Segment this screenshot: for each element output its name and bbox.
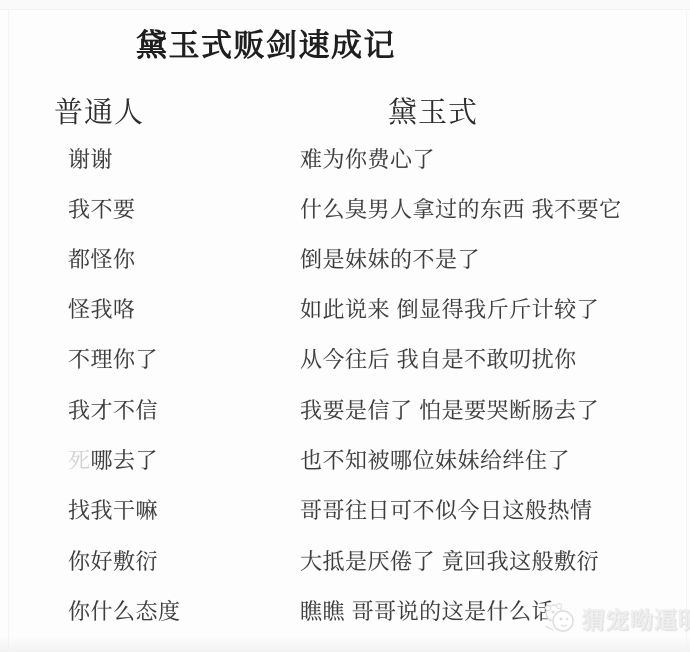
phrase-text: 怪我咯: [68, 297, 136, 322]
animal-face-icon: [541, 600, 577, 636]
daiyu-phrase: 我要是信了 怕是要哭断肠去了: [300, 394, 599, 425]
phrase-text: 都怪你: [68, 247, 136, 272]
faded-character: 死: [68, 448, 91, 473]
table-row: 我不要 什么臭男人拿过的东西 我不要它: [0, 183, 690, 233]
ordinary-phrase: 谢谢: [68, 143, 113, 174]
daiyu-phrase: 也不知被哪位妹妹给绊住了: [300, 444, 570, 475]
daiyu-phrase: 难为你费心了: [300, 143, 435, 174]
ordinary-phrase: 我才不信: [68, 394, 158, 425]
table-row: 死哪去了 也不知被哪位妹妹给绊住了: [0, 434, 690, 484]
phrase-text: 不理你了: [68, 347, 158, 372]
phrase-text: 我不要: [68, 197, 136, 222]
watermark: 猬宠呦逼明: [541, 600, 690, 636]
daiyu-phrase: 从今往后 我自是不敢叨扰你: [300, 343, 577, 374]
phrase-text: 找我干嘛: [68, 498, 158, 523]
ordinary-phrase: 死哪去了: [68, 444, 158, 475]
ordinary-phrase: 不理你了: [68, 343, 158, 374]
phrase-text: 我才不信: [68, 398, 158, 423]
ordinary-phrase: 你好敷衍: [68, 545, 158, 576]
table-row: 都怪你 倒是妹妹的不是了: [0, 233, 690, 283]
table-row: 我才不信 我要是信了 怕是要哭断肠去了: [0, 384, 690, 434]
phrase-text: 谢谢: [68, 147, 113, 172]
table-row: 谢谢 难为你费心了: [0, 133, 690, 183]
daiyu-phrase: 什么臭男人拿过的东西 我不要它: [300, 193, 622, 224]
page-title: 黛玉式贩剑速成记: [136, 20, 396, 65]
daiyu-phrase: 哥哥往日可不似今日这般热情: [300, 494, 593, 525]
meme-image: 黛玉式贩剑速成记 普通人 黛玉式 谢谢 难为你费心了 我不要 什么臭男人拿过的东…: [0, 0, 690, 652]
bottom-edge-artifact: [0, 636, 690, 652]
phrase-text: 哪去了: [91, 448, 159, 473]
daiyu-phrase: 倒是妹妹的不是了: [300, 243, 480, 274]
phrase-text: 你什么态度: [68, 599, 181, 624]
daiyu-phrase: 瞧瞧 哥哥说的这是什么话: [300, 595, 554, 626]
table-row: 你好敷衍 大抵是厌倦了 竟回我这般敷衍: [0, 535, 690, 585]
watermark-text: 猬宠呦逼明: [582, 602, 690, 635]
top-edge-artifact: [0, 0, 690, 10]
column-header-daiyu: 黛玉式: [388, 90, 478, 131]
ordinary-phrase: 我不要: [68, 193, 136, 224]
table-row: 找我干嘛 哥哥往日可不似今日这般热情: [0, 484, 690, 534]
phrase-text: 你好敷衍: [68, 549, 158, 574]
table-row: 怪我咯 如此说来 倒显得我斤斤计较了: [0, 283, 690, 333]
ordinary-phrase: 怪我咯: [68, 293, 136, 324]
ordinary-phrase: 你什么态度: [68, 595, 181, 626]
column-header-ordinary: 普通人: [54, 90, 144, 131]
ordinary-phrase: 都怪你: [68, 243, 136, 274]
ordinary-phrase: 找我干嘛: [68, 494, 158, 525]
daiyu-phrase: 大抵是厌倦了 竟回我这般敷衍: [300, 545, 599, 576]
table-row: 不理你了 从今往后 我自是不敢叨扰你: [0, 333, 690, 383]
daiyu-phrase: 如此说来 倒显得我斤斤计较了: [300, 293, 599, 324]
